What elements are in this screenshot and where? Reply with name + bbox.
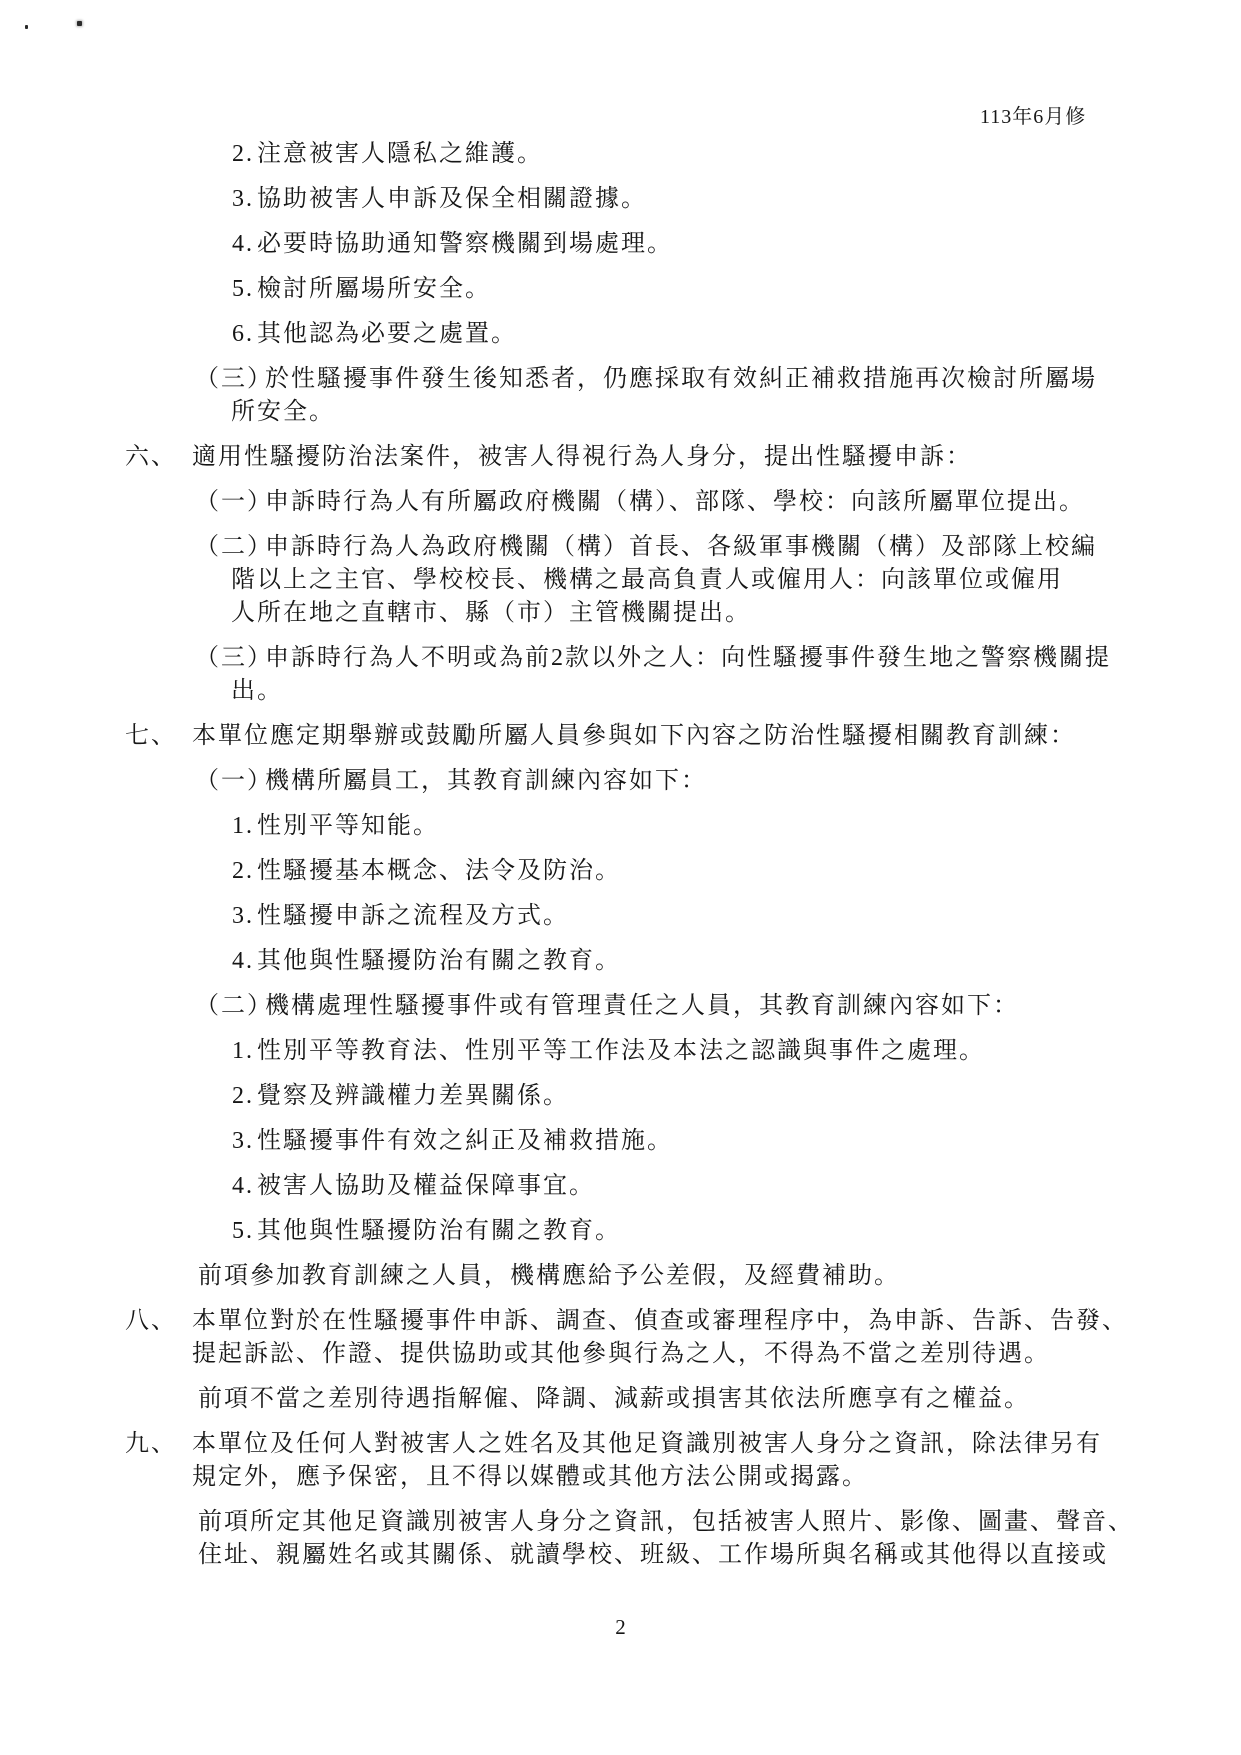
list-item-3: 3.性騷擾申訴之流程及方式。 (125, 900, 1165, 933)
list-item-paren-1: （一）機構所屬員工，其教育訓練內容如下： (125, 765, 1165, 798)
list-item-3: 3.性騷擾事件有效之糾正及補救措施。 (125, 1125, 1165, 1158)
item-text: 申訴時行為人為政府機關（構）首長、各級軍事機關（構）及部隊上校編 階以上之主官、… (231, 534, 1097, 626)
paragraph-training-leave: 前項參加教育訓練之人員，機構應給予公差假，及經費補助。 (125, 1260, 1165, 1293)
scan-speckle (25, 25, 28, 29)
item-marker: （三） (195, 642, 265, 675)
list-item-4: 4.被害人協助及權益保障事宜。 (125, 1170, 1165, 1203)
item-marker: 七、 (125, 720, 192, 753)
revision-note: 113年6月修 (980, 100, 1086, 129)
item-text: 本單位對於在性騷擾事件申訴、調查、偵查或審理程序中，為申訴、告訴、告發、 提起訴… (192, 1308, 1128, 1367)
item-marker: （二） (195, 990, 265, 1023)
list-item-2: 2.覺察及辨識權力差異關係。 (125, 1080, 1165, 1113)
section-item-9: 九、本單位及任何人對被害人之姓名及其他足資識別被害人身分之資訊，除法律另有 規定… (125, 1428, 1165, 1494)
item-marker: 4. (232, 1170, 257, 1203)
item-marker: 2. (232, 855, 257, 888)
item-text: 於性騷擾事件發生後知悉者，仍應採取有效糾正補救措施再次檢討所屬場 所安全。 (231, 366, 1097, 425)
item-marker: 3. (232, 1125, 257, 1158)
item-text: 性騷擾申訴之流程及方式。 (257, 903, 569, 929)
item-marker: 九、 (125, 1428, 192, 1461)
list-item-paren-3: （三）於性騷擾事件發生後知悉者，仍應採取有效糾正補救措施再次檢討所屬場 所安全。 (125, 363, 1165, 429)
item-text: 本單位及任何人對被害人之姓名及其他足資識別被害人身分之資訊，除法律另有 規定外，… (192, 1431, 1102, 1490)
item-text: 協助被害人申訴及保全相關證據。 (257, 186, 647, 212)
item-marker: （二） (195, 531, 265, 564)
item-marker: 1. (232, 1035, 257, 1068)
item-text: 性騷擾事件有效之糾正及補救措施。 (257, 1128, 673, 1154)
list-item-paren-1: （一）申訴時行為人有所屬政府機關（構）、部隊、學校：向該所屬單位提出。 (125, 486, 1165, 519)
scan-speckle (77, 21, 82, 26)
list-item-1: 1.性別平等教育法、性別平等工作法及本法之認識與事件之處理。 (125, 1035, 1165, 1068)
item-marker: 八、 (125, 1305, 192, 1338)
item-marker: （一） (195, 765, 265, 798)
section-item-6: 六、適用性騷擾防治法案件，被害人得視行為人身分，提出性騷擾申訴： (125, 441, 1165, 474)
item-marker: 2. (232, 138, 257, 171)
item-text: 適用性騷擾防治法案件，被害人得視行為人身分，提出性騷擾申訴： (192, 444, 972, 470)
item-marker: 6. (232, 318, 257, 351)
list-item-5: 5.其他與性騷擾防治有關之教育。 (125, 1215, 1165, 1248)
item-text: 覺察及辨識權力差異關係。 (257, 1083, 569, 1109)
paragraph-text: 前項不當之差別待遇指解僱、降調、減薪或損害其依法所應享有之權益。 (198, 1386, 1030, 1412)
item-marker: （一） (195, 486, 265, 519)
item-text: 機構處理性騷擾事件或有管理責任之人員，其教育訓練內容如下： (265, 993, 1019, 1019)
item-marker: （三） (195, 363, 265, 396)
list-item-1: 1.性別平等知能。 (125, 810, 1165, 843)
item-text: 被害人協助及權益保障事宜。 (257, 1173, 595, 1199)
item-text: 其他與性騷擾防治有關之教育。 (257, 948, 621, 974)
list-item-paren-3: （三）申訴時行為人不明或為前2款以外之人：向性騷擾事件發生地之警察機關提 出。 (125, 642, 1165, 708)
item-marker: 六、 (125, 441, 192, 474)
section-item-8: 八、本單位對於在性騷擾事件申訴、調查、偵查或審理程序中，為申訴、告訴、告發、 提… (125, 1305, 1165, 1371)
list-item-paren-2: （二）申訴時行為人為政府機關（構）首長、各級軍事機關（構）及部隊上校編 階以上之… (125, 531, 1165, 630)
item-text: 申訴時行為人有所屬政府機關（構）、部隊、學校：向該所屬單位提出。 (265, 489, 1085, 515)
item-text: 必要時協助通知警察機關到場處理。 (257, 231, 673, 257)
scanned-document-page: 113年6月修 2.注意被害人隱私之維護。 3.協助被害人申訴及保全相關證據。 … (0, 0, 1241, 1755)
item-text: 性別平等教育法、性別平等工作法及本法之認識與事件之處理。 (257, 1038, 985, 1064)
item-text: 機構所屬員工，其教育訓練內容如下： (265, 768, 707, 794)
item-marker: 5. (232, 1215, 257, 1248)
item-text: 注意被害人隱私之維護。 (257, 141, 543, 167)
list-item-2: 2.注意被害人隱私之維護。 (125, 138, 1165, 171)
paragraph-discrimination: 前項不當之差別待遇指解僱、降調、減薪或損害其依法所應享有之權益。 (125, 1383, 1165, 1416)
item-marker: 4. (232, 945, 257, 978)
paragraph-identity-info: 前項所定其他足資識別被害人身分之資訊，包括被害人照片、影像、圖畫、聲音、 住址、… (125, 1506, 1165, 1572)
item-marker: 1. (232, 810, 257, 843)
paragraph-text: 前項參加教育訓練之人員，機構應給予公差假，及經費補助。 (198, 1263, 900, 1289)
list-item-2: 2.性騷擾基本概念、法令及防治。 (125, 855, 1165, 888)
list-item-4: 4.必要時協助通知警察機關到場處理。 (125, 228, 1165, 261)
item-text: 其他認為必要之處置。 (257, 321, 517, 347)
item-text: 其他與性騷擾防治有關之教育。 (257, 1218, 621, 1244)
list-item-3: 3.協助被害人申訴及保全相關證據。 (125, 183, 1165, 216)
item-marker: 4. (232, 228, 257, 261)
document-body: 2.注意被害人隱私之維護。 3.協助被害人申訴及保全相關證據。 4.必要時協助通… (125, 138, 1165, 1584)
item-marker: 2. (232, 1080, 257, 1113)
item-text: 性騷擾基本概念、法令及防治。 (257, 858, 621, 884)
paragraph-text: 前項所定其他足資識別被害人身分之資訊，包括被害人照片、影像、圖畫、聲音、 住址、… (198, 1509, 1134, 1568)
item-marker: 5. (232, 273, 257, 306)
item-marker: 3. (232, 900, 257, 933)
list-item-6: 6.其他認為必要之處置。 (125, 318, 1165, 351)
list-item-paren-2: （二）機構處理性騷擾事件或有管理責任之人員，其教育訓練內容如下： (125, 990, 1165, 1023)
item-text: 檢討所屬場所安全。 (257, 276, 491, 302)
item-text: 性別平等知能。 (257, 813, 439, 839)
list-item-5: 5.檢討所屬場所安全。 (125, 273, 1165, 306)
item-marker: 3. (232, 183, 257, 216)
list-item-4: 4.其他與性騷擾防治有關之教育。 (125, 945, 1165, 978)
item-text: 申訴時行為人不明或為前2款以外之人：向性騷擾事件發生地之警察機關提 出。 (231, 645, 1111, 704)
page-number: 2 (0, 1615, 1241, 1640)
section-item-7: 七、本單位應定期舉辦或鼓勵所屬人員參與如下內容之防治性騷擾相關教育訓練： (125, 720, 1165, 753)
item-text: 本單位應定期舉辦或鼓勵所屬人員參與如下內容之防治性騷擾相關教育訓練： (192, 723, 1076, 749)
